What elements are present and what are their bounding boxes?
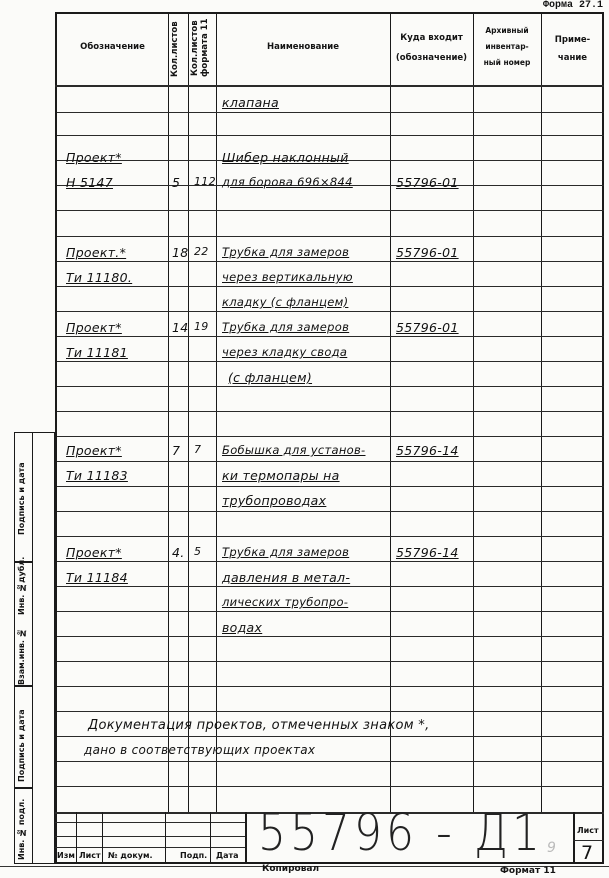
- side-sign-date-2: Подпись и дата: [17, 692, 26, 782]
- header-designation: Обозначение: [57, 40, 168, 54]
- row-name: Трубка для замеров: [222, 545, 349, 559]
- row-designation: Проект*: [66, 545, 122, 560]
- side-orig-inv: Инв. № подл.: [17, 792, 26, 860]
- side-sign-date-1: Подпись и дата: [17, 440, 26, 535]
- row-sheets: 7: [172, 443, 180, 458]
- stamp-signature: Подп.: [180, 851, 207, 860]
- row-designation: Проект*: [66, 150, 122, 165]
- header-sheets-format: Кол.листов формата 11: [190, 14, 214, 82]
- row-name: ки термопары на: [222, 468, 340, 483]
- stamp-date: Дата: [216, 851, 239, 860]
- side-replace-inv: Взам.инв. №: [17, 615, 26, 685]
- note-line-1: Документация проектов, отмеченных знаком…: [88, 718, 430, 733]
- col-divider: [216, 12, 217, 812]
- footer-format: Формат 11: [500, 866, 556, 876]
- row-name: водах: [222, 620, 262, 635]
- row-rule: [57, 112, 604, 113]
- form-number: Форма 27.1: [543, 0, 603, 11]
- row-rule: [57, 736, 604, 737]
- row-rule: [57, 561, 604, 562]
- header-note-1: Приме-: [541, 33, 604, 47]
- row-rule: [57, 786, 604, 787]
- row-designation: Н 5147: [66, 175, 113, 190]
- stamp-change: Изм: [57, 851, 75, 860]
- row-name: (с фланцем): [228, 370, 312, 385]
- row-rule: [57, 286, 604, 287]
- stamp-sheet: Лист: [79, 851, 101, 860]
- row-format: 22: [194, 245, 209, 258]
- row-sheets: 5: [172, 175, 180, 190]
- row-rule: [57, 636, 604, 637]
- col-divider: [473, 12, 474, 812]
- stamp-rule: [55, 847, 245, 848]
- row-designation: Ти 11181: [66, 345, 128, 360]
- header-archive-1: Архивный: [473, 24, 541, 38]
- header-archive-3: ный номер: [473, 56, 541, 70]
- row-designation: Ти 11180.: [66, 270, 132, 285]
- row-rule: [57, 210, 604, 211]
- row-designation: Проект*: [66, 443, 122, 458]
- header-note-2: чание: [541, 51, 604, 65]
- stamp-divider: [76, 812, 77, 864]
- row-rule: [57, 436, 604, 437]
- stamp-divider: [165, 812, 166, 864]
- row-goes-into: 55796-01: [396, 245, 459, 260]
- row-rule: [57, 611, 604, 612]
- row-name: лических трубопро-: [222, 595, 348, 609]
- stamp-divider: [573, 812, 575, 864]
- row-rule: [57, 135, 604, 136]
- document-code: 55796 - Д1: [258, 804, 544, 863]
- row-sheets: 4.: [172, 545, 185, 560]
- row-rule: [57, 761, 604, 762]
- stamp-doc-no: № докум.: [108, 851, 153, 860]
- row-rule: [57, 236, 604, 237]
- row-designation: Ти 11183: [66, 468, 128, 483]
- stamp-divider: [102, 812, 103, 864]
- note-line-2: дано в соответствующих проектах: [84, 743, 315, 757]
- header-bottom-rule: [55, 85, 604, 87]
- row-rule: [57, 686, 604, 687]
- sheet-label: Лист: [577, 826, 599, 835]
- row-rule: [57, 586, 604, 587]
- side-dup-inv: Инв. №дубл.: [17, 540, 26, 615]
- row-name: Трубка для замеров: [222, 245, 349, 259]
- col-divider: [168, 12, 169, 812]
- footer-copied: Копировал: [262, 864, 319, 874]
- side-strip-fill: [33, 432, 55, 864]
- col-divider: [541, 12, 542, 812]
- row-name: клапана: [222, 95, 279, 110]
- stamp-rule: [55, 836, 245, 837]
- row-sheets: 14: [172, 320, 189, 335]
- row-rule: [57, 361, 604, 362]
- header-goes-into-1: Куда входит: [390, 31, 473, 45]
- stamp-divider: [245, 812, 247, 864]
- row-designation: Проект*: [66, 320, 122, 335]
- row-rule: [57, 461, 604, 462]
- row-rule: [57, 336, 604, 337]
- row-name: Трубка для замеров: [222, 320, 349, 334]
- stamp-rule: [573, 840, 604, 841]
- header-goes-into-2: (обозначение): [390, 51, 473, 65]
- row-designation: Ти 11184: [66, 570, 128, 585]
- row-format: 19: [194, 320, 209, 333]
- row-goes-into: 55796-14: [396, 545, 459, 560]
- row-format: 7: [194, 443, 201, 456]
- row-name: через вертикальную: [222, 270, 353, 284]
- stamp-rule: [55, 822, 245, 823]
- row-sheets: 18: [172, 245, 189, 260]
- stamp-divider: [210, 812, 211, 864]
- row-goes-into: 55796-14: [396, 443, 459, 458]
- row-goes-into: 55796-01: [396, 320, 459, 335]
- row-name: через кладку свода: [222, 345, 347, 359]
- col-divider: [188, 12, 189, 812]
- row-name: давления в метал-: [222, 570, 350, 585]
- header-name: Наименование: [216, 40, 390, 54]
- row-rule: [57, 661, 604, 662]
- row-format: 112: [194, 175, 216, 188]
- row-name: трубопроводах: [222, 493, 326, 508]
- header-sheets-count: Кол.листов: [170, 16, 186, 82]
- row-designation: Проект.*: [66, 245, 126, 260]
- faint-mark: 9: [547, 840, 556, 856]
- row-rule: [57, 261, 604, 262]
- row-name: Шибер наклонный: [222, 150, 349, 165]
- row-rule: [57, 486, 604, 487]
- row-rule: [57, 386, 604, 387]
- row-rule: [57, 311, 604, 312]
- row-rule: [57, 711, 604, 712]
- col-divider: [390, 12, 391, 812]
- row-name: для борова 696×844: [222, 175, 353, 189]
- row-name: Бобышка для установ-: [222, 443, 366, 457]
- row-goes-into: 55796-01: [396, 175, 459, 190]
- row-name: кладку (с фланцем): [222, 295, 348, 309]
- sheet-number: 7: [581, 842, 593, 864]
- row-rule: [57, 411, 604, 412]
- row-rule: [57, 536, 604, 537]
- row-format: 5: [194, 545, 201, 558]
- header-archive-2: инвентар-: [473, 40, 541, 54]
- row-rule: [57, 511, 604, 512]
